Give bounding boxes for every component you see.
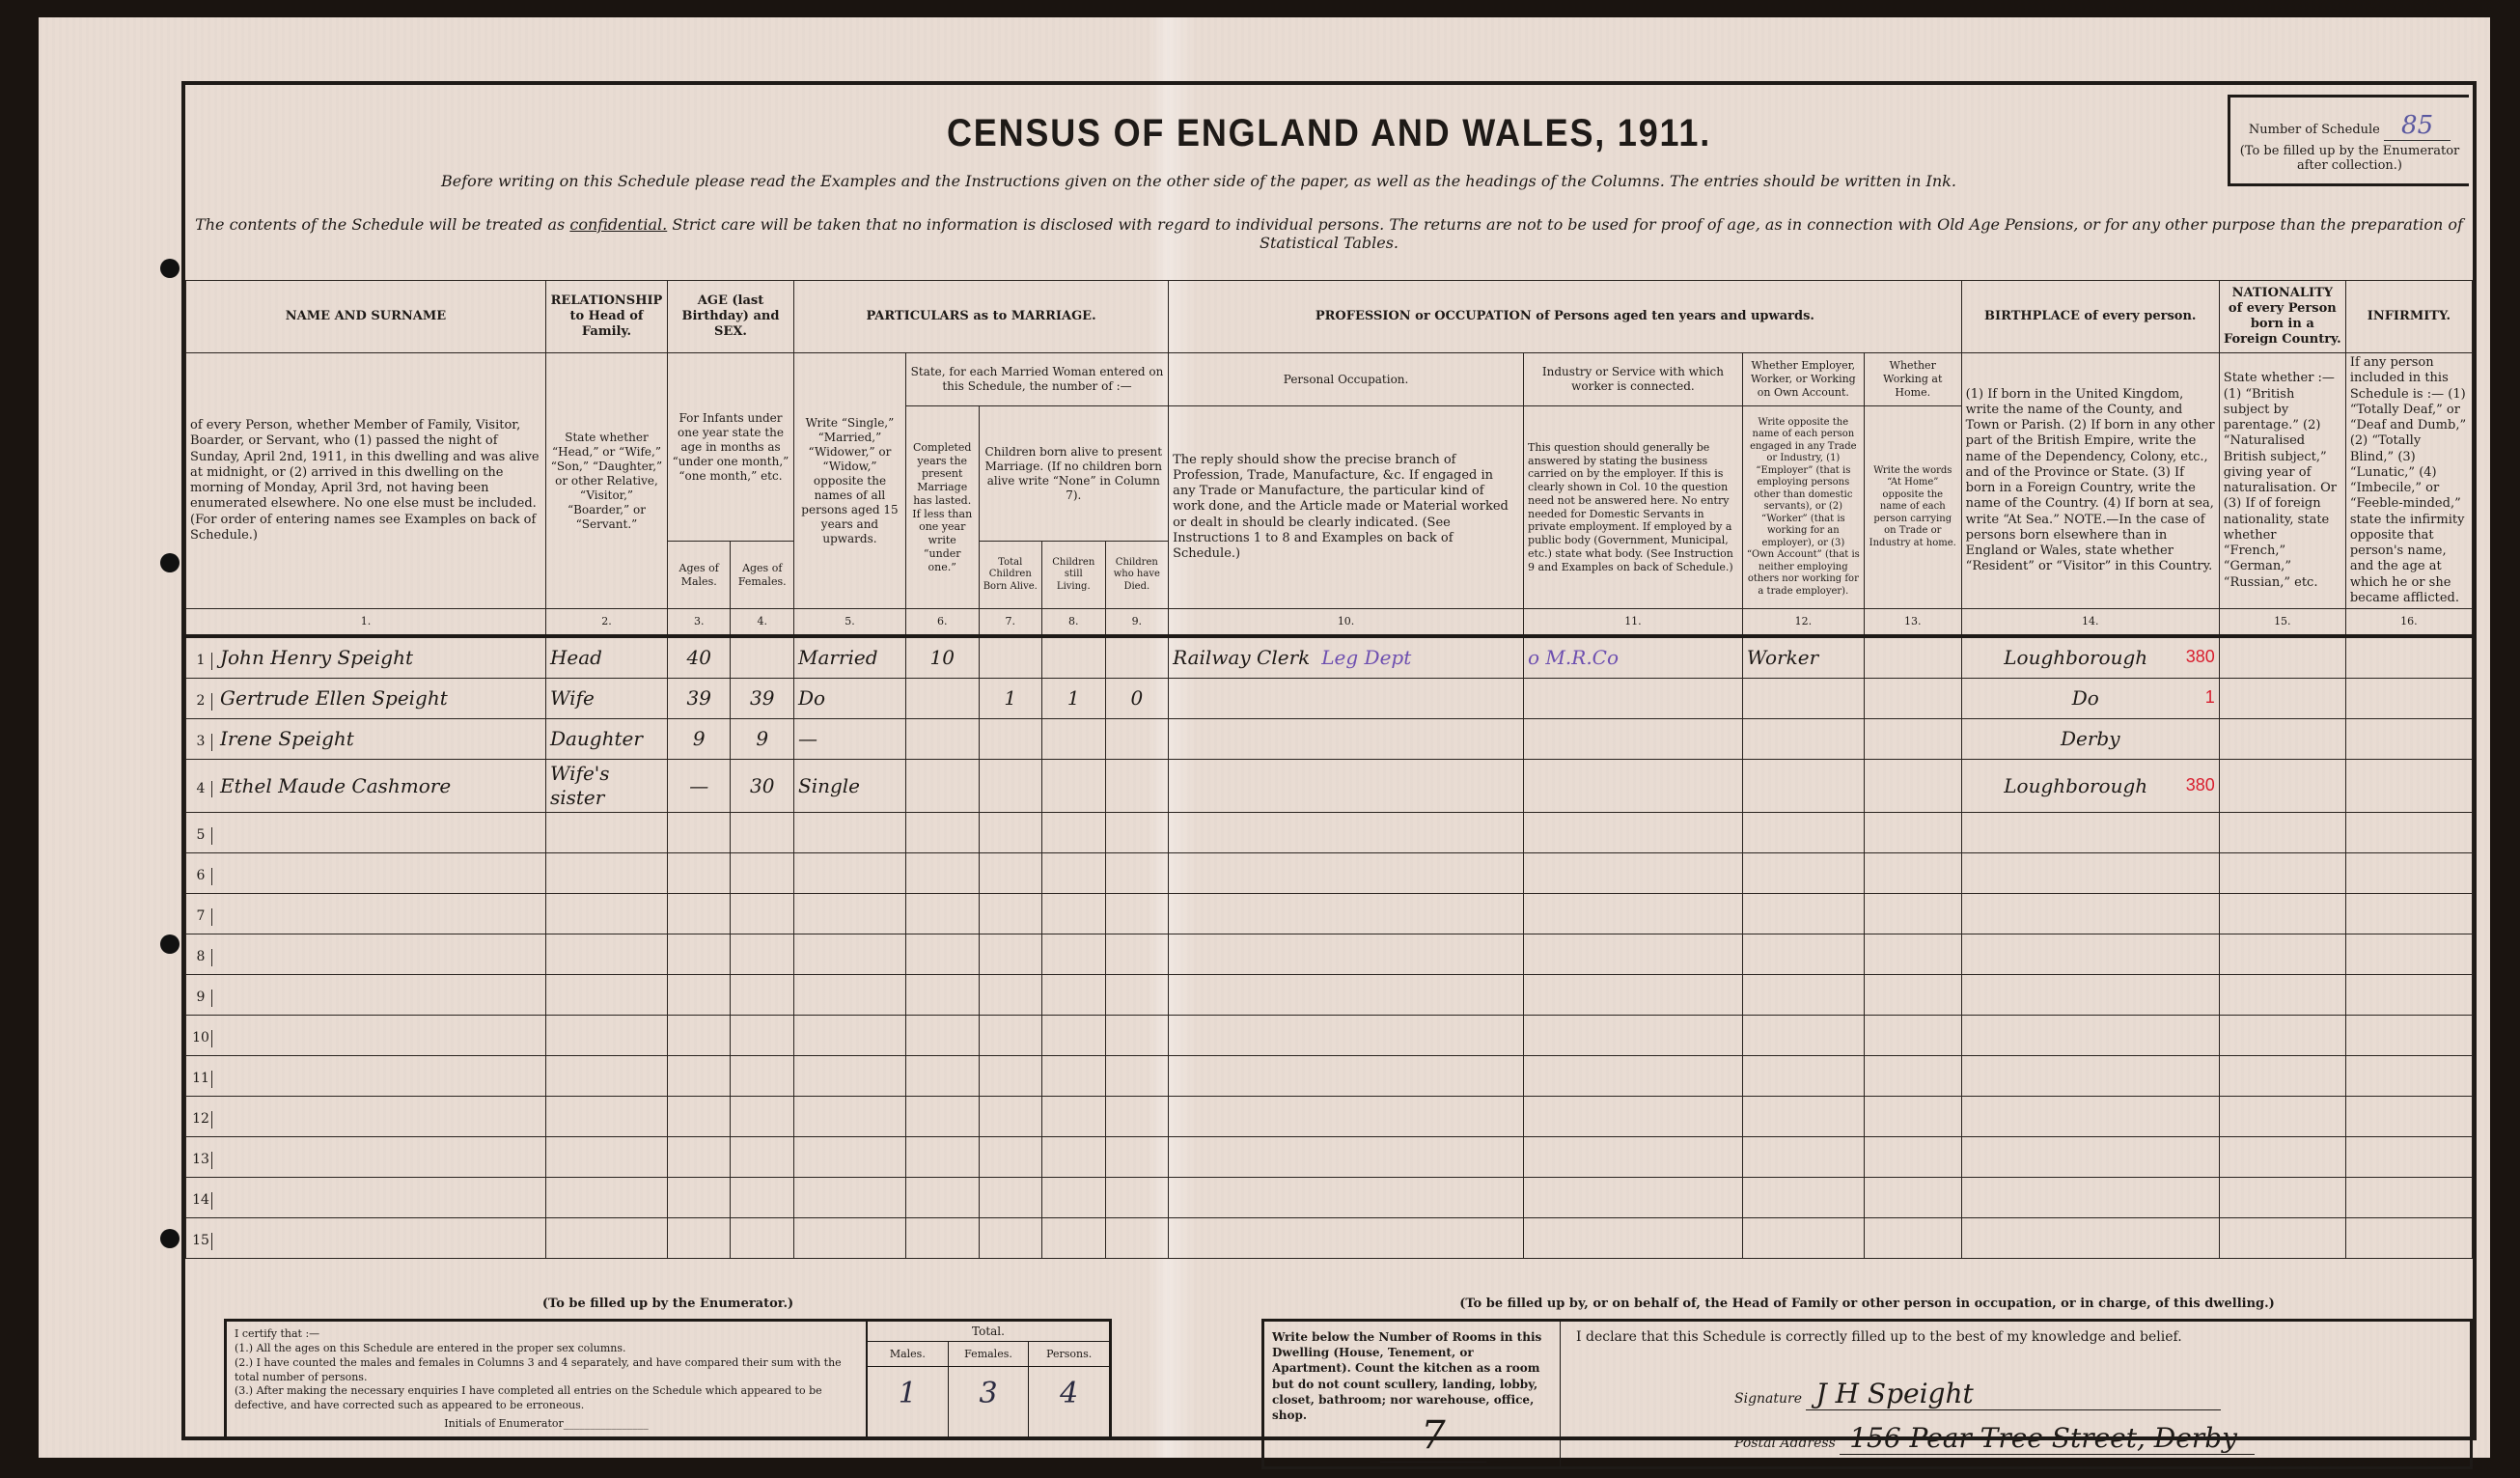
cell-occ	[1169, 894, 1524, 934]
col-home-desc: Write the words “At Home” opposite the n…	[1864, 406, 1961, 609]
confidential-notice: The contents of the Schedule will be tre…	[195, 215, 2463, 252]
birthplace: Derby	[2061, 727, 2120, 750]
cell-total	[979, 1137, 1042, 1178]
cell-age_f	[731, 1056, 794, 1097]
birthplace-code: 380	[2186, 646, 2215, 668]
col-personal-occupation-desc: The reply should show the precise branch…	[1169, 406, 1524, 609]
cell-industry: o M.R.Co	[1524, 636, 1743, 679]
cell-total	[979, 1218, 1042, 1259]
cell-rel	[545, 934, 667, 975]
persons-label: Persons.	[1029, 1342, 1109, 1367]
birthplace: Do	[2072, 686, 2099, 710]
cell-living	[1042, 719, 1106, 760]
row-number: 9	[190, 990, 212, 1007]
row-number: 13	[190, 1152, 212, 1169]
cell-employer	[1742, 934, 1864, 975]
schedule-number-label: Number of Schedule	[2249, 123, 2380, 137]
table-row: 12	[186, 1097, 2473, 1137]
cell-total	[979, 636, 1042, 679]
cell-occ	[1169, 1056, 1524, 1097]
cell-total	[979, 1097, 1042, 1137]
cell-birth	[1961, 1218, 2219, 1259]
cell-home	[1864, 975, 1961, 1016]
declaration-text: I declare that this Schedule is correctl…	[1576, 1329, 2454, 1345]
cell-employer	[1742, 1097, 1864, 1137]
cell-birth	[1961, 1056, 2219, 1097]
cell-rel	[545, 1016, 667, 1056]
colnum: 12.	[1742, 609, 1864, 637]
col-infirmity-desc: If any person included in this Schedule …	[2345, 353, 2472, 609]
birthplace-code: 380	[2186, 774, 2215, 796]
col-children-head: Children born alive to present Marriage.…	[979, 406, 1169, 542]
punch-hole	[160, 553, 180, 572]
cell-died	[1105, 636, 1169, 679]
cell-nat	[2219, 1097, 2345, 1137]
cell-living	[1042, 1218, 1106, 1259]
cell-age_m	[667, 934, 731, 975]
cell-rel	[545, 853, 667, 894]
cell-nat	[2219, 853, 2345, 894]
cell-employer	[1742, 679, 1864, 719]
cell-age_f	[731, 894, 794, 934]
cell-nat	[2219, 934, 2345, 975]
cell-rel: Daughter	[545, 719, 667, 760]
cell-age_m	[667, 1178, 731, 1218]
cell-occ	[1169, 934, 1524, 975]
col-occupation-title: PROFESSION or OCCUPATION of Persons aged…	[1169, 281, 1962, 353]
cell-nat	[2219, 760, 2345, 813]
cell-birth	[1961, 894, 2219, 934]
cell-years	[905, 1137, 979, 1178]
cell-employer	[1742, 853, 1864, 894]
cell-employer	[1742, 813, 1864, 853]
cell-total	[979, 1056, 1042, 1097]
cell-birth: Do1	[1961, 679, 2219, 719]
table-row: 3Irene SpeightDaughter99—Derby	[186, 719, 2473, 760]
cell-years	[905, 975, 979, 1016]
row-number: 7	[190, 908, 212, 926]
cell-birth	[1961, 975, 2219, 1016]
cell-age_m: 40	[667, 636, 731, 679]
cell-died	[1105, 719, 1169, 760]
cell-name: 8	[186, 934, 546, 975]
table-row: 14	[186, 1178, 2473, 1218]
cell-inf	[2345, 1218, 2472, 1259]
cell-employer	[1742, 1016, 1864, 1056]
cell-occ: Railway ClerkLeg Dept	[1169, 636, 1524, 679]
cell-age_m	[667, 813, 731, 853]
males-total: 1	[868, 1367, 948, 1437]
cell-cond: Married	[794, 636, 906, 679]
cell-living	[1042, 636, 1106, 679]
cell-living	[1042, 760, 1106, 813]
cell-nat	[2219, 1016, 2345, 1056]
col-married-woman-desc: State, for each Married Woman entered on…	[905, 353, 1168, 406]
col-relationship-title: RELATIONSHIP to Head of Family.	[545, 281, 667, 353]
cell-rel: Wife	[545, 679, 667, 719]
cell-inf	[2345, 853, 2472, 894]
punch-hole	[160, 259, 180, 278]
col-personal-occupation: Personal Occupation.	[1169, 353, 1524, 406]
cell-industry	[1524, 975, 1743, 1016]
cell-age_m	[667, 894, 731, 934]
cell-inf	[2345, 719, 2472, 760]
cell-cond	[794, 1137, 906, 1178]
table-row: 1John Henry SpeightHead40Married10Railwa…	[186, 636, 2473, 679]
cell-total	[979, 760, 1042, 813]
cell-inf	[2345, 975, 2472, 1016]
cell-home	[1864, 1016, 1961, 1056]
cell-died	[1105, 975, 1169, 1016]
occupation: Railway Clerk	[1173, 646, 1310, 669]
cell-inf	[2345, 813, 2472, 853]
row-number: 8	[190, 949, 212, 966]
colnum: 11.	[1524, 609, 1743, 637]
cell-living	[1042, 975, 1106, 1016]
cell-birth: Derby	[1961, 719, 2219, 760]
col-employer: Whether Employer, Worker, or Working on …	[1742, 353, 1864, 406]
row-number: 15	[190, 1233, 212, 1250]
totals-box: Total. Males.1 Females.3 Persons.4	[868, 1322, 1109, 1437]
cell-name: 10	[186, 1016, 546, 1056]
cell-age_f	[731, 813, 794, 853]
cell-industry	[1524, 934, 1743, 975]
colnum: 2.	[545, 609, 667, 637]
certify-label: I certify that :—	[235, 1327, 858, 1342]
cell-occ	[1169, 1137, 1524, 1178]
cell-employer	[1742, 1056, 1864, 1097]
cell-age_f: 30	[731, 760, 794, 813]
cell-name: 9	[186, 975, 546, 1016]
cell-home	[1864, 679, 1961, 719]
cell-living: 1	[1042, 679, 1106, 719]
cell-inf	[2345, 1137, 2472, 1178]
table-row: 15	[186, 1218, 2473, 1259]
col-industry: Industry or Service with which worker is…	[1524, 353, 1743, 406]
cell-employer	[1742, 894, 1864, 934]
colnum: 13.	[1864, 609, 1961, 637]
cell-total	[979, 719, 1042, 760]
birthplace: Loughborough	[2004, 646, 2147, 669]
cell-nat	[2219, 1218, 2345, 1259]
cell-rel	[545, 813, 667, 853]
cell-rel: Head	[545, 636, 667, 679]
cell-living	[1042, 1016, 1106, 1056]
col-name-title: NAME AND SURNAME	[186, 281, 546, 353]
cell-years	[905, 719, 979, 760]
cell-age_f	[731, 853, 794, 894]
birthplace: Loughborough	[2004, 774, 2147, 797]
punch-hole	[160, 934, 180, 954]
cell-birth	[1961, 934, 2219, 975]
cell-occ	[1169, 679, 1524, 719]
signature-label: Signature	[1734, 1391, 1802, 1407]
cell-cond	[794, 934, 906, 975]
person-name: Gertrude Ellen Speight	[220, 686, 448, 710]
table-row: 13	[186, 1137, 2473, 1178]
cell-rel	[545, 894, 667, 934]
cell-industry	[1524, 1218, 1743, 1259]
head-of-family-section: (To be filled up by, or on behalf of, th…	[1261, 1297, 2473, 1469]
cell-name: 2Gertrude Ellen Speight	[186, 679, 546, 719]
person-name: John Henry Speight	[220, 646, 413, 669]
cell-age_m	[667, 1016, 731, 1056]
cell-inf	[2345, 1097, 2472, 1137]
row-number: 1	[190, 653, 212, 670]
cell-industry	[1524, 1178, 1743, 1218]
cell-died	[1105, 760, 1169, 813]
census-schedule-page: CENSUS OF ENGLAND AND WALES, 1911. Numbe…	[39, 17, 2490, 1458]
cell-died	[1105, 813, 1169, 853]
cell-cond	[794, 1218, 906, 1259]
cell-cond: Single	[794, 760, 906, 813]
cell-home	[1864, 1137, 1961, 1178]
cell-cond	[794, 1097, 906, 1137]
cell-total	[979, 1178, 1042, 1218]
enumerator-certificate: I certify that :— (1.) All the ages on t…	[224, 1319, 1112, 1440]
cell-birth	[1961, 813, 2219, 853]
cell-age_f	[731, 934, 794, 975]
cell-cond	[794, 1016, 906, 1056]
col-nationality-title: NATIONALITY of every Person born in a Fo…	[2219, 281, 2345, 353]
cell-industry	[1524, 853, 1743, 894]
column-numbers-row: 1. 2. 3. 4. 5. 6. 7. 8. 9. 10. 11. 12. 1…	[186, 609, 2473, 637]
cell-years	[905, 1097, 979, 1137]
rooms-count: 7	[1380, 1409, 1486, 1463]
col-marriage-title: PARTICULARS as to MARRIAGE.	[794, 281, 1169, 353]
cell-industry	[1524, 1137, 1743, 1178]
row-number: 3	[190, 734, 212, 751]
cell-age_f	[731, 975, 794, 1016]
cell-employer	[1742, 719, 1864, 760]
cell-name: 7	[186, 894, 546, 934]
cell-died: 0	[1105, 679, 1169, 719]
cell-age_f	[731, 1137, 794, 1178]
cell-age_f	[731, 1097, 794, 1137]
initials-label: Initials of Enumerator	[444, 1417, 564, 1430]
cell-inf	[2345, 934, 2472, 975]
col-name-desc: of every Person, whether Member of Famil…	[186, 353, 546, 609]
cell-died	[1105, 1137, 1169, 1178]
cell-occ	[1169, 1097, 1524, 1137]
cell-age_f	[731, 1016, 794, 1056]
persons-total: 4	[1029, 1367, 1109, 1437]
row-number: 12	[190, 1111, 212, 1129]
table-row: 7	[186, 894, 2473, 934]
cell-home	[1864, 636, 1961, 679]
page-title: CENSUS OF ENGLAND AND WALES, 1911.	[300, 112, 2359, 155]
cell-rel	[545, 1097, 667, 1137]
colnum: 4.	[731, 609, 794, 637]
row-number: 6	[190, 868, 212, 885]
cell-age_m	[667, 1137, 731, 1178]
cell-occ	[1169, 719, 1524, 760]
col-birthplace-desc: (1) If born in the United Kingdom, write…	[1961, 353, 2219, 609]
cell-industry	[1524, 813, 1743, 853]
cell-inf	[2345, 760, 2472, 813]
col-infirmity-title: INFIRMITY.	[2345, 281, 2472, 353]
cell-home	[1864, 719, 1961, 760]
cell-occ	[1169, 1178, 1524, 1218]
row-number: 10	[190, 1030, 212, 1047]
cell-industry	[1524, 1056, 1743, 1097]
cell-rel	[545, 975, 667, 1016]
totals-heading: Total.	[868, 1322, 1109, 1342]
cell-nat	[2219, 719, 2345, 760]
cell-occ	[1169, 1218, 1524, 1259]
cell-nat	[2219, 679, 2345, 719]
cell-birth: Loughborough380	[1961, 636, 2219, 679]
males-label: Males.	[868, 1342, 948, 1367]
cell-total	[979, 813, 1042, 853]
census-table: NAME AND SURNAME RELATIONSHIP to Head of…	[185, 280, 2473, 1259]
cell-total	[979, 1016, 1042, 1056]
cell-years	[905, 1218, 979, 1259]
cell-name: 13	[186, 1137, 546, 1178]
table-row: 11	[186, 1056, 2473, 1097]
cell-employer: Worker	[1742, 636, 1864, 679]
cell-years	[905, 934, 979, 975]
cell-occ	[1169, 853, 1524, 894]
cell-home	[1864, 813, 1961, 853]
table-row: 10	[186, 1016, 2473, 1056]
cell-rel	[545, 1137, 667, 1178]
table-row: 5	[186, 813, 2473, 853]
cell-name: 1John Henry Speight	[186, 636, 546, 679]
col-ages-females: Ages of Females.	[731, 542, 794, 609]
person-name: Irene Speight	[220, 727, 354, 750]
colnum: 10.	[1169, 609, 1524, 637]
females-label: Females.	[949, 1342, 1029, 1367]
cell-nat	[2219, 813, 2345, 853]
cell-occ	[1169, 760, 1524, 813]
head-of-family-heading: (To be filled up by, or on behalf of, th…	[1261, 1297, 2473, 1311]
cell-home	[1864, 853, 1961, 894]
cell-name: 14	[186, 1178, 546, 1218]
cell-birth	[1961, 853, 2219, 894]
cell-age_m	[667, 1218, 731, 1259]
cell-name: 12	[186, 1097, 546, 1137]
confidential-post: Strict care will be taken that no inform…	[672, 215, 2463, 252]
cell-living	[1042, 813, 1106, 853]
enumerator-heading: (To be filled up by the Enumerator.)	[224, 1297, 1112, 1311]
col-years-married-desc: Completed years the present Marriage has…	[905, 406, 979, 609]
cell-nat	[2219, 1137, 2345, 1178]
cell-nat	[2219, 975, 2345, 1016]
cell-rel	[545, 1056, 667, 1097]
cell-name: 15	[186, 1218, 546, 1259]
cell-occ	[1169, 975, 1524, 1016]
declaration-box: Write below the Number of Rooms in this …	[1261, 1319, 2473, 1469]
signature: J H Speight	[1806, 1378, 2221, 1410]
cell-cond	[794, 853, 906, 894]
colnum: 3.	[667, 609, 731, 637]
colnum: 14.	[1961, 609, 2219, 637]
cell-nat	[2219, 1178, 2345, 1218]
cell-birth	[1961, 1178, 2219, 1218]
cell-inf	[2345, 679, 2472, 719]
cell-age_f	[731, 1218, 794, 1259]
enumerator-section: (To be filled up by the Enumerator.) I c…	[224, 1297, 1112, 1440]
cell-industry	[1524, 719, 1743, 760]
confidential-word: confidential.	[569, 215, 667, 234]
colnum: 1.	[186, 609, 546, 637]
col-children-living: Children still Living.	[1042, 542, 1106, 609]
schedule-frame: CENSUS OF ENGLAND AND WALES, 1911. Numbe…	[181, 81, 2477, 1440]
row-number: 14	[190, 1192, 212, 1210]
colnum: 6.	[905, 609, 979, 637]
cell-total	[979, 934, 1042, 975]
cell-home	[1864, 760, 1961, 813]
col-condition-desc: Write “Single,” “Married,” “Widower,” or…	[794, 353, 906, 609]
cell-years	[905, 1056, 979, 1097]
cell-home	[1864, 1178, 1961, 1218]
cell-total: 1	[979, 679, 1042, 719]
col-birthplace-title: BIRTHPLACE of every person.	[1961, 281, 2219, 353]
col-industry-desc: This question should generally be answer…	[1524, 406, 1743, 609]
rooms-instructions: Write below the Number of Rooms in this …	[1272, 1330, 1541, 1422]
colnum: 5.	[794, 609, 906, 637]
cell-age_m	[667, 853, 731, 894]
col-nationality-desc: State whether :— (1) “British subject by…	[2219, 353, 2345, 609]
row-number: 11	[190, 1071, 212, 1088]
cell-nat	[2219, 1056, 2345, 1097]
cell-years	[905, 813, 979, 853]
cell-employer	[1742, 1218, 1864, 1259]
schedule-number-value: 85	[2384, 111, 2451, 141]
cell-home	[1864, 934, 1961, 975]
cell-total	[979, 894, 1042, 934]
col-employer-desc: Write opposite the name of each person e…	[1742, 406, 1864, 609]
cell-employer	[1742, 760, 1864, 813]
cell-industry	[1524, 1097, 1743, 1137]
cell-age_m: 39	[667, 679, 731, 719]
cell-years: 10	[905, 636, 979, 679]
cell-years	[905, 1178, 979, 1218]
cell-age_m: —	[667, 760, 731, 813]
cell-died	[1105, 1097, 1169, 1137]
cell-birth: Loughborough380	[1961, 760, 2219, 813]
table-row: 6	[186, 853, 2473, 894]
cell-industry	[1524, 760, 1743, 813]
punch-hole	[160, 1229, 180, 1248]
cell-industry	[1524, 679, 1743, 719]
cell-age_f: 39	[731, 679, 794, 719]
cell-inf	[2345, 894, 2472, 934]
cell-cond: —	[794, 719, 906, 760]
row-number: 5	[190, 827, 212, 845]
col-relationship-desc: State whether “Head,” or “Wife,” “Son,” …	[545, 353, 667, 609]
header-row-titles: NAME AND SURNAME RELATIONSHIP to Head of…	[186, 281, 2473, 353]
cell-cond	[794, 1178, 906, 1218]
cell-inf	[2345, 1056, 2472, 1097]
cell-nat	[2219, 894, 2345, 934]
females-total: 3	[949, 1367, 1029, 1437]
cell-age_f: 9	[731, 719, 794, 760]
cell-inf	[2345, 1178, 2472, 1218]
cell-died	[1105, 894, 1169, 934]
cell-employer	[1742, 1178, 1864, 1218]
cell-years	[905, 894, 979, 934]
cell-nat	[2219, 636, 2345, 679]
cell-rel: Wife's sister	[545, 760, 667, 813]
cell-died	[1105, 853, 1169, 894]
col-age-desc: For Infants under one year state the age…	[667, 353, 793, 542]
certify-item: (2.) I have counted the males and female…	[235, 1356, 858, 1385]
cell-living	[1042, 894, 1106, 934]
col-ages-males: Ages of Males.	[667, 542, 731, 609]
cell-living	[1042, 1097, 1106, 1137]
